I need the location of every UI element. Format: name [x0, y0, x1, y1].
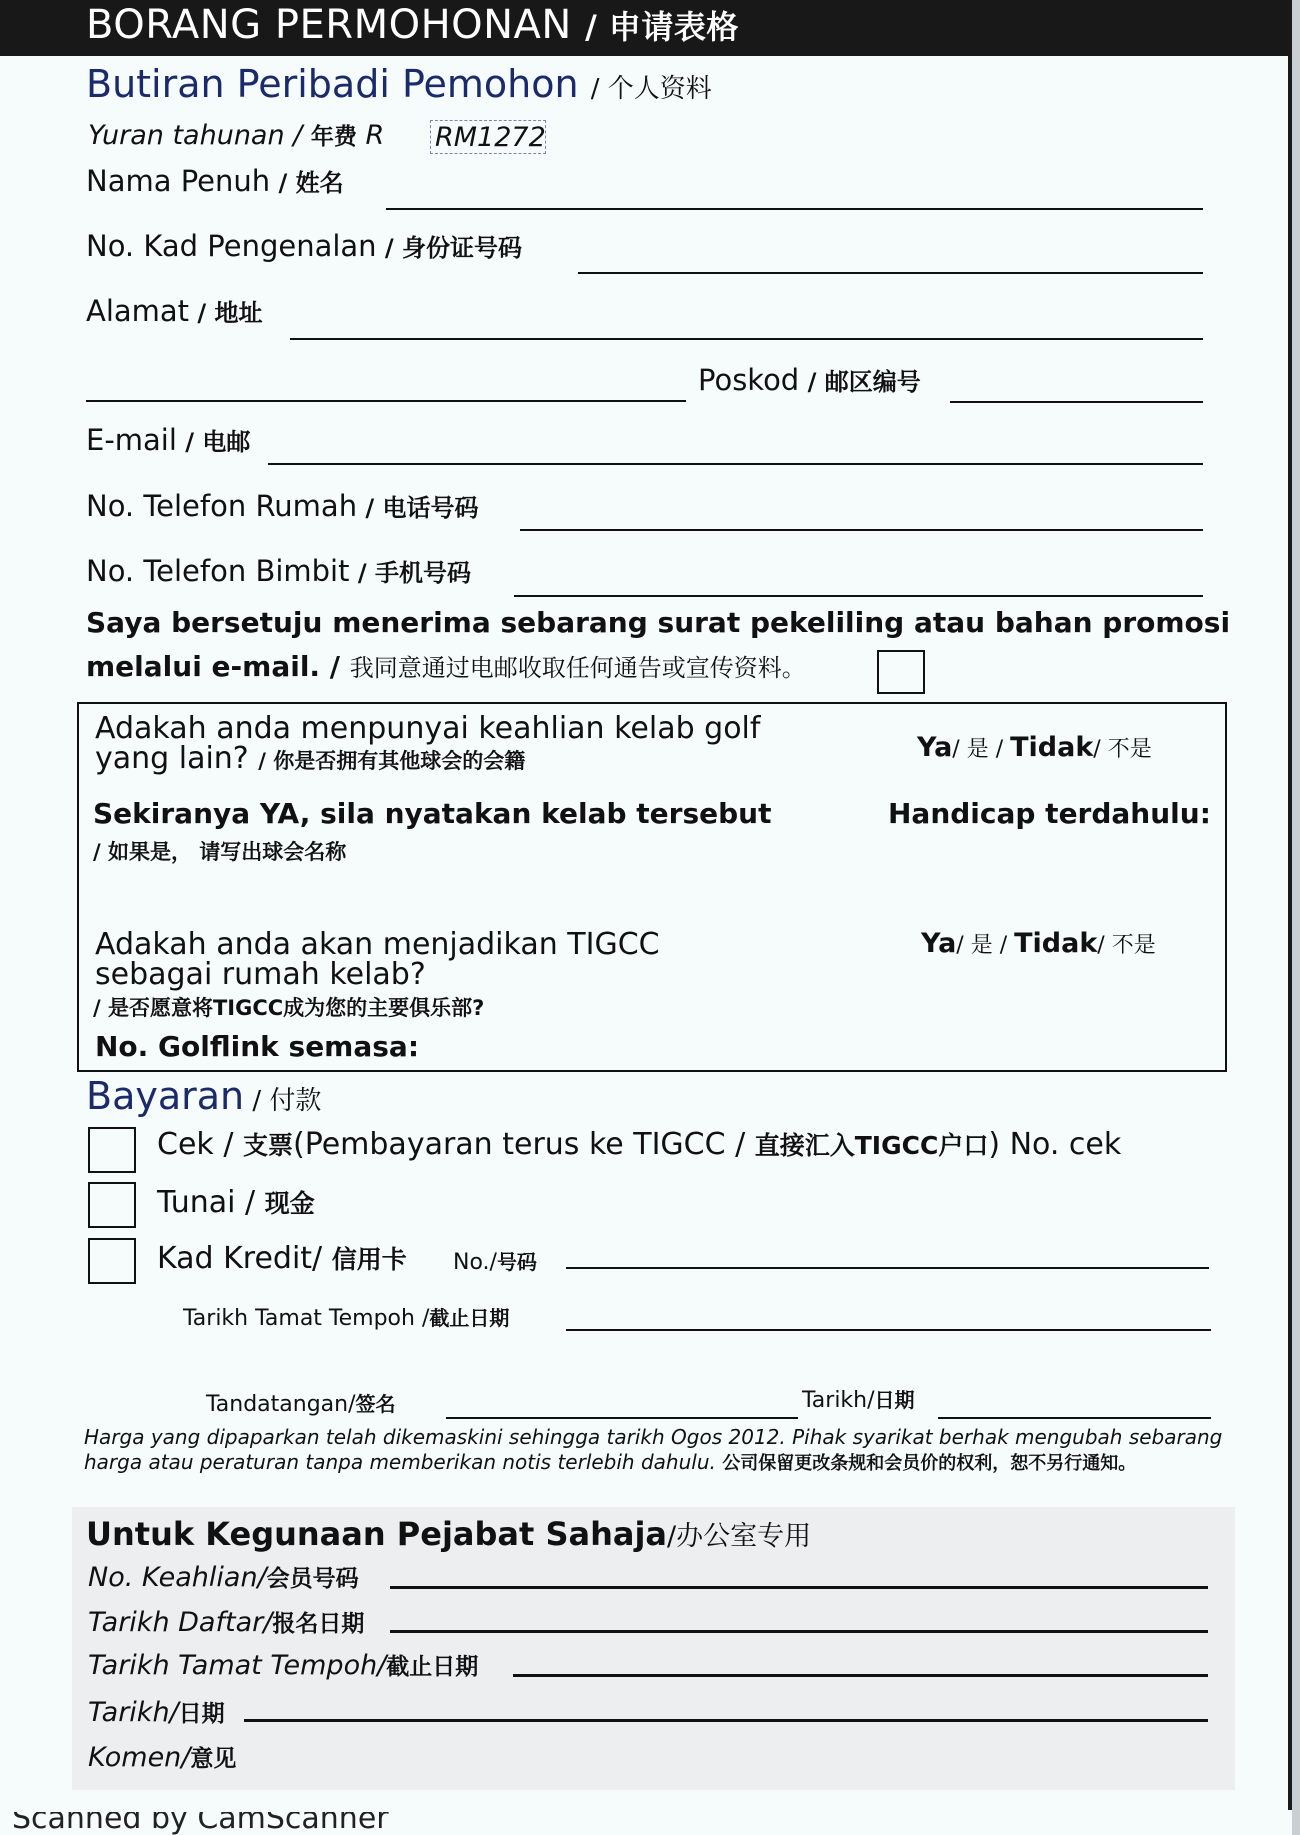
- q-other-club-no[interactable]: Tidak: [1010, 732, 1093, 763]
- office-expiry-label-cn: 截止日期: [386, 1654, 478, 1680]
- postcode-label: Poskod / 邮区编号: [698, 362, 921, 397]
- ic-number-label: No. Kad Pengenalan / 身份证号码: [86, 228, 522, 263]
- annual-fee-label-text: Yuran tahunan /: [88, 120, 311, 151]
- form-title-text: BORANG PERMOHONAN: [86, 2, 572, 48]
- no-cn: / 不是: [1093, 737, 1151, 762]
- cheque-label-rest: (Pembayaran terus ke TIGCC /: [293, 1127, 755, 1162]
- postcode-label-cn: / 邮区编号: [799, 368, 920, 396]
- form-header-bar: BORANG PERMOHONAN / 申请表格: [0, 0, 1288, 56]
- address-field[interactable]: [290, 338, 1203, 340]
- signature-date-label: Tarikh/日期: [802, 1384, 915, 1413]
- disclaimer-cn: 公司保留更改条规和会员价的权利，恕不另行通知。: [722, 1453, 1136, 1474]
- payment-credit-card-label: Kad Kredit/ 信用卡: [157, 1240, 407, 1276]
- q-home-club-no[interactable]: Tidak: [1014, 928, 1097, 959]
- full-name-label: Nama Penuh / 姓名: [86, 163, 344, 198]
- full-name-field[interactable]: [386, 208, 1203, 210]
- office-title-cn: /办公室专用: [667, 1521, 811, 1552]
- consent-line2: melalui e-mail. / 我同意通过电邮收取任何通告或宣传资料。: [86, 648, 806, 683]
- consent-line2-text: melalui e-mail. /: [86, 650, 350, 683]
- personal-section-title: Butiran Peribadi Pemohon / 个人资料: [86, 62, 712, 106]
- form-title: BORANG PERMOHONAN / 申请表格: [86, 2, 739, 48]
- office-comment-label-text: Komen/: [88, 1742, 190, 1773]
- form-title-cn: / 申请表格: [585, 8, 739, 46]
- mobile-phone-label-cn: / 手机号码: [349, 559, 470, 587]
- payment-credit-card-checkbox[interactable]: [88, 1238, 136, 1284]
- address-label-text: Alamat: [86, 294, 189, 328]
- cheque-label-cn: 支票: [243, 1131, 293, 1160]
- q-other-club-line2: yang lain? / 你是否拥有其他球会的会籍: [95, 744, 525, 776]
- signature-label: Tandatangan/签名: [206, 1388, 396, 1417]
- email-field[interactable]: [268, 463, 1203, 465]
- scan-margin: [1292, 0, 1300, 1835]
- credit-card-label-text: Kad Kredit/: [157, 1241, 332, 1276]
- q-club-name-label: Sekiranya YA, sila nyatakan kelab terseb…: [93, 797, 771, 830]
- email-label-cn: / 电邮: [177, 428, 250, 456]
- price-disclaimer: Harga yang dipaparkan telah dikemaskini …: [84, 1425, 1234, 1476]
- home-phone-label-text: No. Telefon Rumah: [86, 489, 357, 523]
- office-date-label: Tarikh/日期: [88, 1695, 225, 1728]
- payment-cash-checkbox[interactable]: [88, 1182, 136, 1228]
- q-home-club-cn: / 是否愿意将TIGCC成为您的主要俱乐部?: [93, 992, 484, 1022]
- annual-fee-label: Yuran tahunan / 年费 R: [88, 118, 384, 151]
- scanner-watermark: Scanned by CamScanner: [12, 1812, 389, 1835]
- payment-section-title: Bayaran / 付款: [86, 1074, 321, 1118]
- q-other-club-line1: Adakah anda menpunyai keahlian kelab gol…: [95, 714, 760, 744]
- credit-card-label-cn: 信用卡: [332, 1245, 407, 1274]
- card-number-label: No./号码: [453, 1246, 537, 1275]
- signature-label-text: Tandatangan/: [206, 1392, 356, 1417]
- card-expiry-label: Tarikh Tamat Tempoh /截止日期: [183, 1302, 509, 1331]
- office-comment-label-cn: 意见: [190, 1746, 236, 1772]
- card-expiry-label-text: Tarikh Tamat Tempoh /: [183, 1306, 429, 1331]
- q-home-club-line2: sebagai rumah kelab?: [95, 960, 426, 990]
- office-comment-label: Komen/意见: [88, 1740, 236, 1773]
- cash-label-text: Tunai /: [157, 1185, 265, 1220]
- office-member-no-label: No. Keahlian/会员号码: [88, 1560, 359, 1593]
- email-label: E-mail / 电邮: [86, 422, 250, 457]
- ic-number-label-cn: / 身份证号码: [377, 234, 522, 262]
- signature-label-cn: 签名: [356, 1392, 396, 1416]
- paper-edge: [1288, 0, 1292, 1810]
- office-member-no-field[interactable]: [390, 1586, 1208, 1589]
- signature-date-label-cn: 日期: [875, 1388, 915, 1412]
- card-number-label-text: No./: [453, 1250, 497, 1275]
- q-other-club-cn: / 你是否拥有其他球会的会籍: [258, 749, 525, 773]
- q-home-club-yes[interactable]: Ya: [921, 928, 956, 959]
- consent-cn: 我同意通过电邮收取任何通告或宣传资料。: [350, 654, 806, 682]
- q-other-club-options: Ya/ 是 / Tidak/ 不是: [917, 732, 1152, 763]
- payment-cheque-checkbox[interactable]: [88, 1127, 136, 1173]
- office-title-text: Untuk Kegunaan Pejabat Sahaja: [86, 1515, 667, 1553]
- payment-title-cn: / 付款: [244, 1086, 321, 1116]
- address-label: Alamat / 地址: [86, 293, 263, 328]
- office-register-date-field[interactable]: [390, 1630, 1208, 1633]
- cheque-label-end: ) No. cek: [988, 1127, 1121, 1162]
- register-date-label-cn: 报名日期: [272, 1611, 364, 1637]
- office-use-title: Untuk Kegunaan Pejabat Sahaja/办公室专用: [86, 1514, 811, 1553]
- member-no-label-text: No. Keahlian/: [88, 1562, 267, 1593]
- payment-cash-label: Tunai / 现金: [157, 1184, 315, 1220]
- application-form-page: BORANG PERMOHONAN / 申请表格 Butiran Peribad…: [0, 0, 1300, 1835]
- home-phone-label: No. Telefon Rumah / 电话号码: [86, 488, 479, 523]
- q-other-club-yes[interactable]: Ya: [917, 732, 952, 763]
- full-name-label-text: Nama Penuh: [86, 164, 270, 198]
- q-other-club-line2-text: yang lain?: [95, 741, 258, 776]
- ic-number-label-text: No. Kad Pengenalan: [86, 229, 377, 263]
- cheque-label-text: Cek /: [157, 1127, 243, 1162]
- office-date-field[interactable]: [244, 1719, 1208, 1722]
- postcode-field[interactable]: [950, 401, 1203, 403]
- card-expiry-label-cn: 截止日期: [429, 1306, 509, 1330]
- member-no-label-cn: 会员号码: [267, 1566, 359, 1592]
- cash-label-cn: 现金: [265, 1189, 315, 1218]
- address-label-cn: / 地址: [189, 299, 262, 327]
- q-home-club-line1: Adakah anda akan menjadikan TIGCC: [95, 930, 660, 960]
- home-phone-field[interactable]: [520, 529, 1203, 531]
- mobile-phone-field[interactable]: [514, 595, 1203, 597]
- full-name-label-cn: / 姓名: [270, 169, 343, 197]
- postcode-label-text: Poskod: [698, 363, 799, 397]
- card-number-field[interactable]: [566, 1267, 1209, 1269]
- cheque-rest-cn: 直接汇入TIGCC户口: [755, 1131, 989, 1160]
- payment-cheque-label: Cek / 支票(Pembayaran terus ke TIGCC / 直接汇…: [157, 1126, 1121, 1162]
- q-club-name-cn: / 如果是， 请写出球会名称: [93, 836, 346, 866]
- signature-field[interactable]: [446, 1417, 798, 1419]
- q-home-club-options: Ya/ 是 / Tidak/ 不是: [921, 928, 1156, 959]
- previous-handicap-label: Handicap terdahulu:: [888, 797, 1211, 830]
- yes-cn: / 是 /: [952, 737, 1010, 762]
- annual-fee-label-cn: 年费: [311, 124, 357, 150]
- email-consent-checkbox[interactable]: [877, 650, 925, 694]
- email-label-text: E-mail: [86, 423, 177, 457]
- annual-fee-prefix: R: [357, 120, 384, 151]
- office-date-label-cn: 日期: [179, 1701, 225, 1727]
- ic-number-field[interactable]: [578, 272, 1203, 274]
- signature-date-field[interactable]: [938, 1417, 1211, 1419]
- personal-title-cn: / 个人资料: [591, 74, 712, 104]
- register-date-label-text: Tarikh Daftar/: [88, 1607, 272, 1638]
- office-expiry-label-text: Tarikh Tamat Tempoh/: [88, 1650, 386, 1681]
- mobile-phone-label: No. Telefon Bimbit / 手机号码: [86, 553, 471, 588]
- payment-title-text: Bayaran: [86, 1074, 244, 1118]
- card-number-label-cn: 号码: [497, 1250, 537, 1274]
- office-expiry-date-field[interactable]: [513, 1674, 1208, 1677]
- signature-date-label-text: Tarikh/: [802, 1388, 875, 1413]
- personal-title-text: Butiran Peribadi Pemohon: [86, 62, 579, 106]
- address-line2-field[interactable]: [86, 400, 686, 402]
- golflink-number-label: No. Golflink semasa:: [95, 1030, 419, 1063]
- office-register-date-label: Tarikh Daftar/报名日期: [88, 1605, 364, 1638]
- home-phone-label-cn: / 电话号码: [357, 494, 478, 522]
- yes-cn: / 是 /: [956, 933, 1014, 958]
- annual-fee-value: RM1272: [430, 120, 546, 154]
- no-cn: / 不是: [1097, 933, 1155, 958]
- office-date-label-text: Tarikh/: [88, 1697, 179, 1728]
- consent-line1: Saya bersetuju menerima sebarang surat p…: [86, 606, 1230, 639]
- card-expiry-field[interactable]: [566, 1329, 1211, 1331]
- mobile-phone-label-text: No. Telefon Bimbit: [86, 554, 349, 588]
- office-expiry-date-label: Tarikh Tamat Tempoh/截止日期: [88, 1648, 478, 1681]
